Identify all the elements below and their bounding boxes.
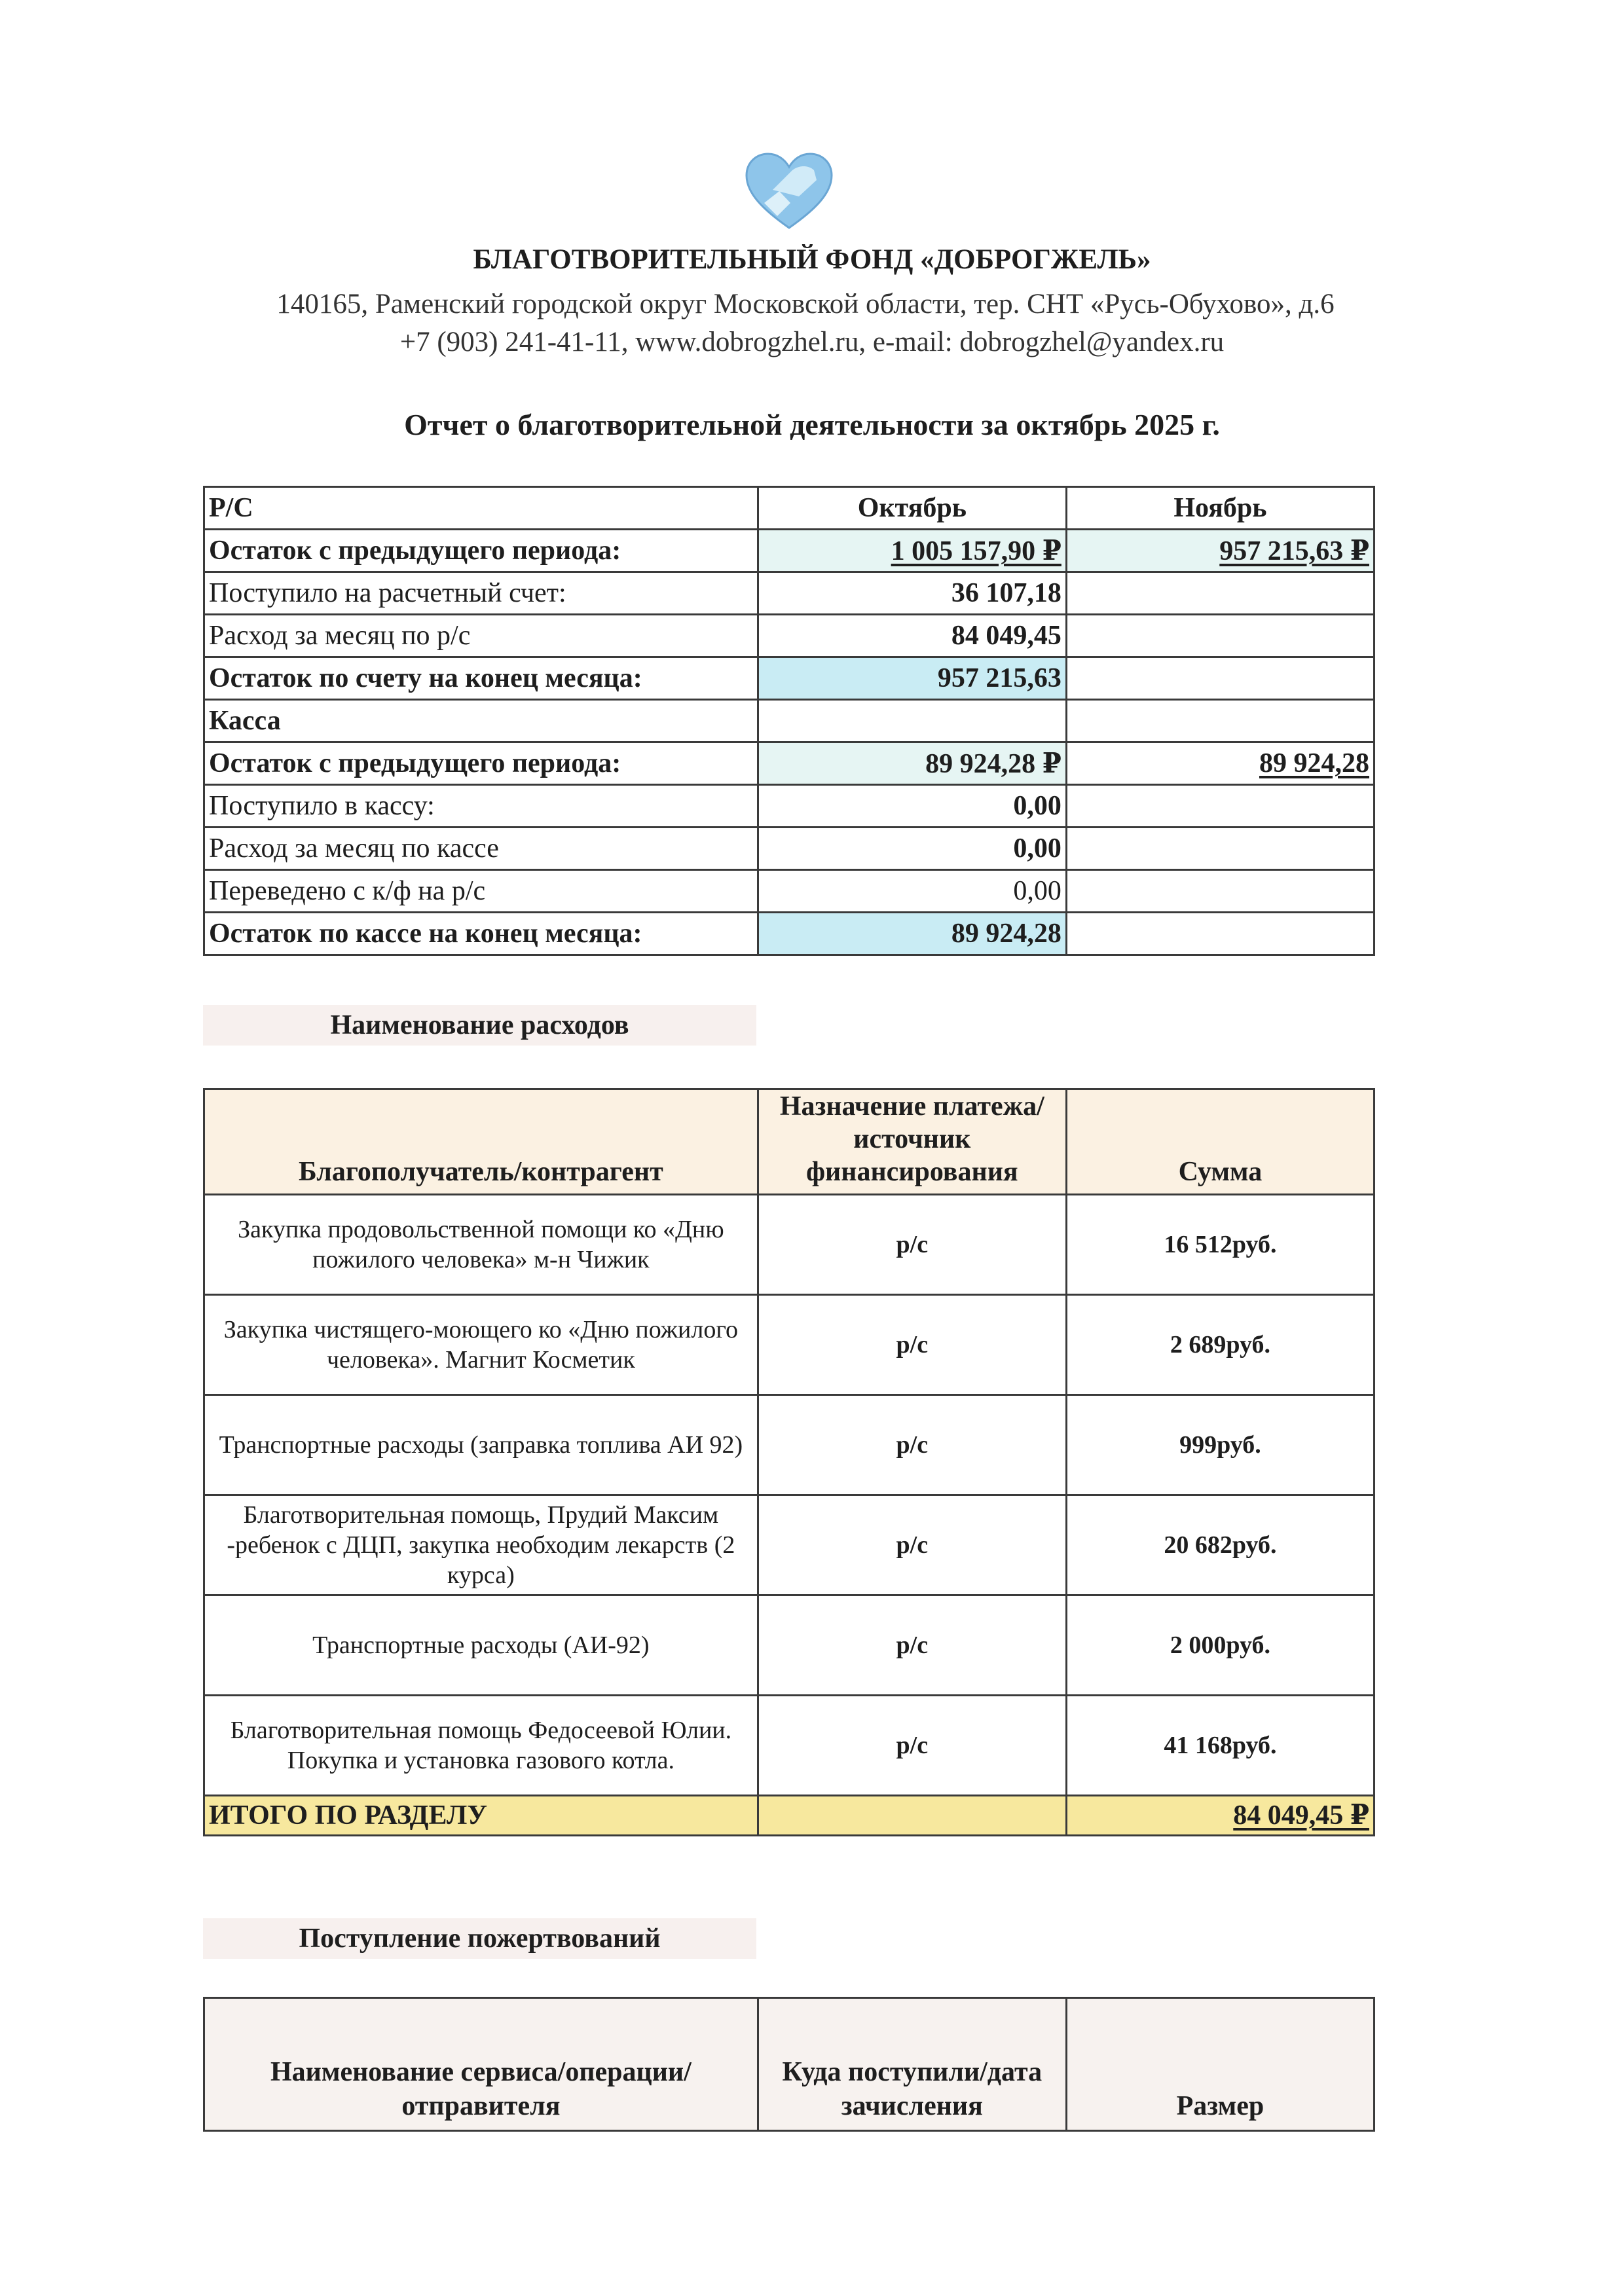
october-value: 1 005 157,90 ₽: [758, 530, 1066, 572]
recipient-cell: Закупка чистящего-моющего ко «Дню пожило…: [204, 1295, 758, 1395]
column-header: Р/С: [204, 487, 758, 530]
column-header: Наименование сервиса/операции/отправител…: [204, 1998, 758, 2131]
october-value: 89 924,28: [758, 913, 1066, 955]
value-text: 89 924,28: [1259, 748, 1369, 778]
table-row: Касса: [204, 700, 1375, 742]
amount-cell: 2 689руб.: [1066, 1295, 1374, 1395]
total-label: ИТОГО ПО РАЗДЕЛУ: [204, 1796, 758, 1836]
table-header-row: Благополучатель/контрагент Назначение пл…: [204, 1089, 1375, 1195]
value-text: 957 215,63 ₽: [1219, 536, 1369, 566]
table-row: Поступило на расчетный счет: 36 107,18: [204, 572, 1375, 615]
october-value: 84 049,45: [758, 615, 1066, 657]
source-cell: р/с: [758, 1295, 1066, 1395]
column-header: Сумма: [1066, 1089, 1374, 1195]
table-row: Переведено с к/ф на р/с 0,00: [204, 870, 1375, 913]
row-label: Остаток по счету на конец месяца:: [204, 657, 758, 700]
total-empty-cell: [758, 1796, 1066, 1836]
october-value: [758, 700, 1066, 742]
november-value: [1066, 657, 1374, 700]
amount-cell: 999руб.: [1066, 1395, 1374, 1495]
table-row: Расход за месяц по р/с 84 049,45: [204, 615, 1375, 657]
table-row: Закупка продовольственной помощи ко «Дню…: [204, 1195, 1375, 1295]
october-value: 36 107,18: [758, 572, 1066, 615]
table-row: Благотворительная помощь Федосеевой Юлии…: [204, 1696, 1375, 1796]
amount-cell: 20 682руб.: [1066, 1495, 1374, 1595]
recipient-cell: Благотворительная помощь, Прудий Максим …: [204, 1495, 758, 1595]
source-cell: р/с: [758, 1195, 1066, 1295]
org-contacts: +7 (903) 241-41-11, www.dobrogzhel.ru, e…: [0, 326, 1624, 358]
column-header: Ноябрь: [1066, 487, 1374, 530]
october-value: 0,00: [758, 870, 1066, 913]
amount-cell: 2 000руб.: [1066, 1595, 1374, 1696]
source-cell: р/с: [758, 1696, 1066, 1796]
row-label: Поступило на расчетный счет:: [204, 572, 758, 615]
table-row: Остаток с предыдущего периода: 1 005 157…: [204, 530, 1375, 572]
heart-handshake-icon: [743, 151, 835, 232]
row-label: Касса: [204, 700, 758, 742]
expenses-table: Благополучатель/контрагент Назначение пл…: [203, 1088, 1375, 1836]
total-amount: 84 049,45 ₽: [1233, 1800, 1369, 1831]
row-label: Расход за месяц по р/с: [204, 615, 758, 657]
column-header: Благополучатель/контрагент: [204, 1089, 758, 1195]
column-header: Октябрь: [758, 487, 1066, 530]
column-header: Размер: [1066, 1998, 1374, 2131]
table-row: Остаток с предыдущего периода: 89 924,28…: [204, 742, 1375, 785]
november-value: 89 924,28: [1066, 742, 1374, 785]
row-label: Остаток с предыдущего периода:: [204, 742, 758, 785]
table-row: Остаток по счету на конец месяца: 957 21…: [204, 657, 1375, 700]
row-label: Остаток по кассе на конец месяца:: [204, 913, 758, 955]
org-address: 140165, Раменский городской округ Москов…: [223, 288, 1388, 320]
november-value: [1066, 572, 1374, 615]
row-label: Остаток с предыдущего периода:: [204, 530, 758, 572]
table-row: Расход за месяц по кассе 0,00: [204, 828, 1375, 870]
source-cell: р/с: [758, 1395, 1066, 1495]
november-value: [1066, 615, 1374, 657]
november-value: [1066, 913, 1374, 955]
row-label: Поступило в кассу:: [204, 785, 758, 828]
row-label: Переведено с к/ф на р/с: [204, 870, 758, 913]
report-title: Отчет о благотворительной деятельности з…: [0, 407, 1624, 442]
donations-table: Наименование сервиса/операции/отправител…: [203, 1997, 1375, 2132]
recipient-cell: Транспортные расходы (заправка топлива А…: [204, 1395, 758, 1495]
recipient-cell: Транспортные расходы (АИ-92): [204, 1595, 758, 1696]
table-header-row: Р/С Октябрь Ноябрь: [204, 487, 1375, 530]
row-label: Расход за месяц по кассе: [204, 828, 758, 870]
table-row: Благотворительная помощь, Прудий Максим …: [204, 1495, 1375, 1595]
november-value: [1066, 870, 1374, 913]
october-value: 957 215,63: [758, 657, 1066, 700]
amount-cell: 16 512руб.: [1066, 1195, 1374, 1295]
amount-cell: 41 168руб.: [1066, 1696, 1374, 1796]
expenses-section-label: Наименование расходов: [203, 1005, 756, 1046]
table-row: Поступило в кассу: 0,00: [204, 785, 1375, 828]
table-row: Транспортные расходы (АИ-92) р/с 2 000ру…: [204, 1595, 1375, 1696]
table-header-row: Наименование сервиса/операции/отправител…: [204, 1998, 1375, 2131]
october-value: 0,00: [758, 785, 1066, 828]
total-amount-cell: 84 049,45 ₽: [1066, 1796, 1374, 1836]
november-value: [1066, 785, 1374, 828]
november-value: [1066, 828, 1374, 870]
value-text: 1 005 157,90 ₽: [891, 536, 1061, 566]
table-row: Транспортные расходы (заправка топлива А…: [204, 1395, 1375, 1495]
november-value: 957 215,63 ₽: [1066, 530, 1374, 572]
table-row: Остаток по кассе на конец месяца: 89 924…: [204, 913, 1375, 955]
october-value: 89 924,28 ₽: [758, 742, 1066, 785]
recipient-cell: Закупка продовольственной помощи ко «Дню…: [204, 1195, 758, 1295]
total-row: ИТОГО ПО РАЗДЕЛУ 84 049,45 ₽: [204, 1796, 1375, 1836]
balance-table: Р/С Октябрь Ноябрь Остаток с предыдущего…: [203, 486, 1375, 956]
source-cell: р/с: [758, 1595, 1066, 1696]
table-row: Закупка чистящего-моющего ко «Дню пожило…: [204, 1295, 1375, 1395]
org-name: БЛАГОТВОРИТЕЛЬНЫЙ ФОНД «ДОБРОГЖЕЛЬ»: [0, 244, 1624, 276]
column-header: Назначение платежа/ источник финансирова…: [758, 1089, 1066, 1195]
source-cell: р/с: [758, 1495, 1066, 1595]
donations-section-label: Поступление пожертвований: [203, 1918, 756, 1959]
october-value: 0,00: [758, 828, 1066, 870]
column-header: Куда поступили/дата зачисления: [758, 1998, 1066, 2131]
recipient-cell: Благотворительная помощь Федосеевой Юлии…: [204, 1696, 758, 1796]
november-value: [1066, 700, 1374, 742]
